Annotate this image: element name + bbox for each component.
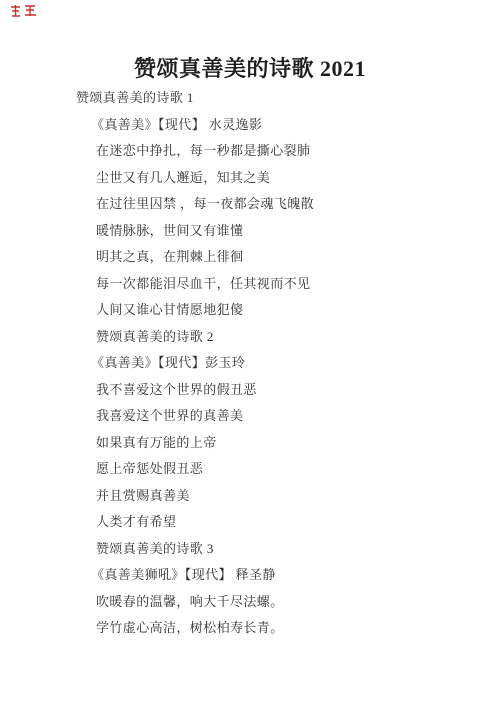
poem-line: 学竹虚心高洁，树松柏寿长青。 [96, 615, 500, 642]
poem-line: 吹暖春的温馨，响大千尽法螺。 [96, 589, 500, 616]
document-page: 赞颂真善美的诗歌 2021 赞颂真善美的诗歌 1 《真善美》【现代】 水灵逸影 … [0, 0, 500, 708]
poem-line: 明其之真，在荆棘上徘徊 [96, 244, 500, 271]
poem-line: 暖情脉脉，世间又有谁懂 [96, 218, 500, 245]
poem-line: 在迷恋中挣扎，每一秒都是撕心裂肺 [96, 138, 500, 165]
poem-title-author: 《真善美狮吼》【现代】 释圣静 [91, 562, 500, 589]
poem-line: 尘世又有几人邂逅，知其之美 [96, 165, 500, 192]
poem-title-author: 《真善美》【现代】 水灵逸影 [91, 112, 500, 139]
red-watermark-icon [9, 4, 37, 18]
poem-line: 愿上帝惩处假丑恶 [96, 456, 500, 483]
poem-line: 在过往里囚禁 ，每一夜都会魂飞魄散 [96, 191, 500, 218]
poem-line: 并且赏赐真善美 [96, 483, 500, 510]
section-heading-3: 赞颂真善美的诗歌 3 [96, 536, 500, 563]
poem-title-author: 《真善美》【现代】彭玉玲 [91, 350, 500, 377]
poem-line: 每一次都能泪尽血干，任其视而不见 [96, 271, 500, 298]
poem-line: 我喜爱这个世界的真善美 [96, 403, 500, 430]
poem-line: 人间又谁心甘情愿地犯傻 [96, 297, 500, 324]
poem-line: 我不喜爱这个世界的假丑恶 [96, 377, 500, 404]
poem-line: 如果真有万能的上帝 [96, 430, 500, 457]
section-heading-2: 赞颂真善美的诗歌 2 [96, 324, 500, 351]
page-title: 赞颂真善美的诗歌 2021 [0, 0, 500, 85]
document-body: 赞颂真善美的诗歌 1 《真善美》【现代】 水灵逸影 在迷恋中挣扎，每一秒都是撕心… [0, 85, 500, 642]
poem-line: 人类才有希望 [96, 509, 500, 536]
section-heading-1: 赞颂真善美的诗歌 1 [76, 85, 500, 112]
